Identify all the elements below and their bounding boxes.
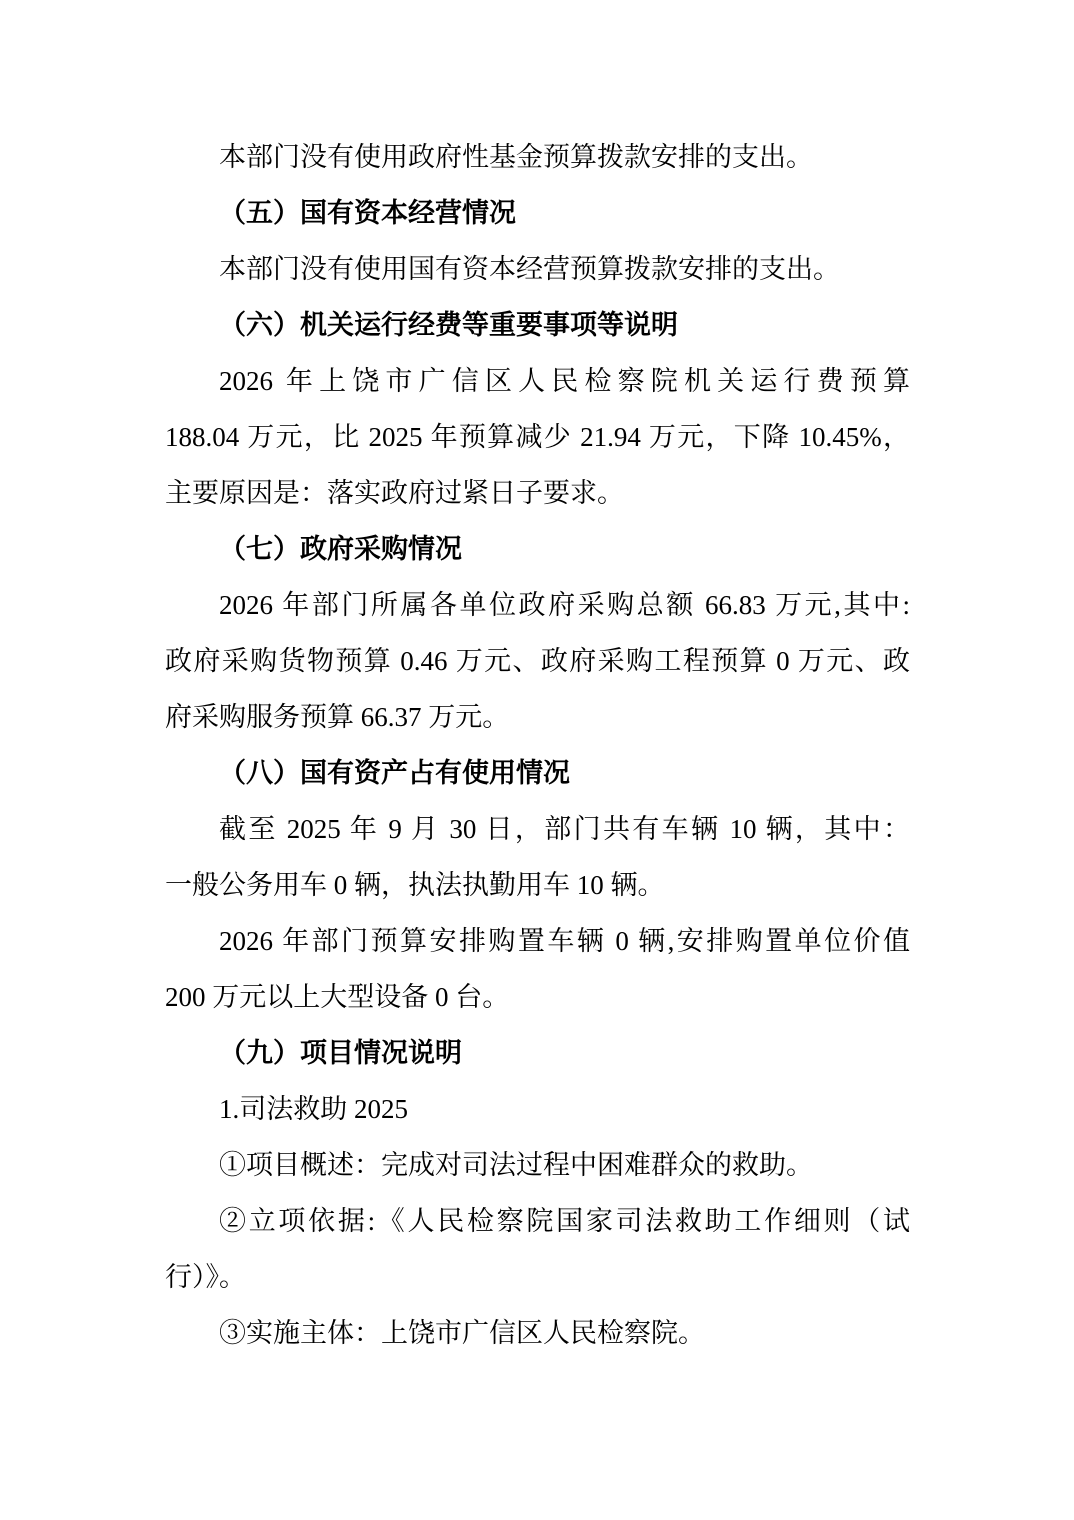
text-line: 本部门没有使用国有资本经营预算拨款安排的支出。	[165, 241, 910, 297]
section-heading: （九）项目情况说明	[165, 1025, 910, 1081]
paragraph: 2026 年部门预算安排购置车辆 0 辆,安排购置单位价值200 万元以上大型设…	[165, 913, 910, 1025]
text-line: 200 万元以上大型设备 0 台。	[165, 969, 910, 1025]
heading-line: （九）项目情况说明	[165, 1025, 910, 1081]
document-text-block: 本部门没有使用政府性基金预算拨款安排的支出。（五）国有资本经营情况本部门没有使用…	[165, 0, 910, 1361]
text-line: ③实施主体：上饶市广信区人民检察院。	[165, 1305, 910, 1361]
heading-line: （八）国有资产占有使用情况	[165, 745, 910, 801]
document-page: 本部门没有使用政府性基金预算拨款安排的支出。（五）国有资本经营情况本部门没有使用…	[0, 0, 1074, 1520]
heading-line: （七）政府采购情况	[165, 521, 910, 577]
paragraph: ③实施主体：上饶市广信区人民检察院。	[165, 1305, 910, 1361]
paragraph: ②立项依据:《人民检察院国家司法救助工作细则（试行）》。	[165, 1193, 910, 1305]
paragraph: 截至 2025 年 9 月 30 日，部门共有车辆 10 辆，其中：一般公务用车…	[165, 801, 910, 913]
text-line: 2026 年部门预算安排购置车辆 0 辆,安排购置单位价值	[165, 913, 910, 969]
text-line: 截至 2025 年 9 月 30 日，部门共有车辆 10 辆，其中：	[165, 801, 910, 857]
text-line: 2026 年部门所属各单位政府采购总额 66.83 万元,其中:	[165, 577, 910, 633]
section-heading: （七）政府采购情况	[165, 521, 910, 577]
text-line: 主要原因是：落实政府过紧日子要求。	[165, 465, 910, 521]
text-line: 本部门没有使用政府性基金预算拨款安排的支出。	[165, 129, 910, 185]
paragraph: 本部门没有使用政府性基金预算拨款安排的支出。	[165, 129, 910, 185]
section-heading: （五）国有资本经营情况	[165, 185, 910, 241]
text-line: ①项目概述：完成对司法过程中困难群众的救助。	[165, 1137, 910, 1193]
paragraph: 2026 年上饶市广信区人民检察院机关运行费预算188.04 万元，比 2025…	[165, 353, 910, 521]
text-line: 1.司法救助 2025	[165, 1081, 910, 1137]
text-line: 一般公务用车 0 辆，执法执勤用车 10 辆。	[165, 857, 910, 913]
section-heading: （八）国有资产占有使用情况	[165, 745, 910, 801]
paragraph: 2026 年部门所属各单位政府采购总额 66.83 万元,其中:政府采购货物预算…	[165, 577, 910, 745]
text-line: ②立项依据:《人民检察院国家司法救助工作细则（试	[165, 1193, 910, 1249]
heading-line: （六）机关运行经费等重要事项等说明	[165, 297, 910, 353]
text-line: 府采购服务预算 66.37 万元。	[165, 689, 910, 745]
paragraph: ①项目概述：完成对司法过程中困难群众的救助。	[165, 1137, 910, 1193]
text-line: 行）》。	[165, 1249, 910, 1305]
heading-line: （五）国有资本经营情况	[165, 185, 910, 241]
section-heading: （六）机关运行经费等重要事项等说明	[165, 297, 910, 353]
text-line: 188.04 万元，比 2025 年预算减少 21.94 万元，下降 10.45…	[165, 409, 910, 465]
paragraph: 本部门没有使用国有资本经营预算拨款安排的支出。	[165, 241, 910, 297]
paragraph: 1.司法救助 2025	[165, 1081, 910, 1137]
text-line: 2026 年上饶市广信区人民检察院机关运行费预算	[165, 353, 910, 409]
text-line: 政府采购货物预算 0.46 万元、政府采购工程预算 0 万元、政	[165, 633, 910, 689]
